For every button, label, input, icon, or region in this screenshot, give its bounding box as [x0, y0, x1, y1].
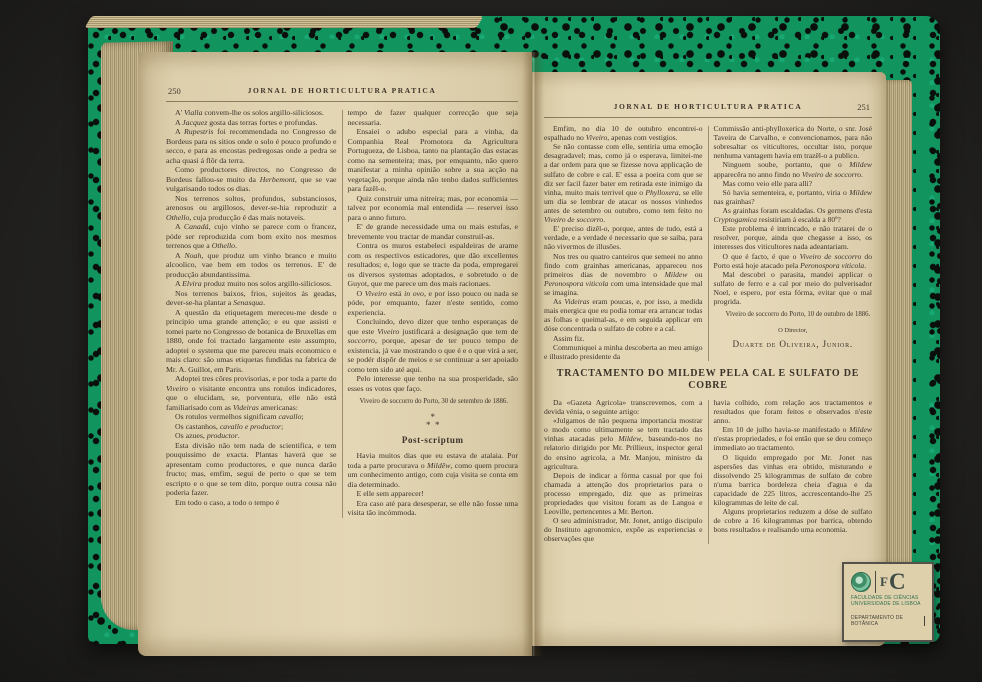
paragraph: Mal descobri o parasita, mandei applicar… [714, 270, 873, 306]
left-page-column-1: A' Vialla convem-lhe os solos argillo-si… [166, 108, 337, 518]
paragraph: Nos terrenos baixos, frios, sujeitos ás … [166, 289, 337, 308]
paragraph: A Rupestris foi recommendada no Congress… [166, 127, 337, 165]
asterism: ** * [348, 413, 519, 429]
paragraph: A Elvira produz muito nos solos argillo-… [166, 279, 337, 289]
paragraph: havia colhido, com relação aos tractamen… [714, 398, 873, 425]
stamp-department-field: BOTÂNICA [851, 621, 927, 627]
page-edges-right [884, 80, 912, 628]
left-page-header: 250 JORNAL DE HORTICULTURA PRATICA [166, 86, 518, 99]
paragraph: O que é facto, é que o Viveiro de soccor… [714, 252, 873, 270]
right-page-bottom-columns: Da «Gazeta Agricola» transcrevemos, com … [544, 398, 872, 544]
right-page: JORNAL DE HORTICULTURA PRATICA 251 Emfim… [532, 72, 886, 646]
paragraph: O seu administrador, Mr. Jonet, antigo d… [544, 516, 703, 543]
paragraph: A questão da etiquetagem mereceu-me desd… [166, 308, 337, 375]
right-page-header: JORNAL DE HORTICULTURA PRATICA 251 [544, 102, 872, 115]
paragraph: Se não contasse com elle, sentiria uma e… [544, 142, 703, 224]
paragraph: Da «Gazeta Agricola» transcrevemos, com … [544, 398, 703, 416]
paragraph: Pelo interesse que tenho na sua prosperi… [348, 374, 519, 393]
open-book: 250 JORNAL DE HORTICULTURA PRATICA A' Vi… [88, 16, 940, 644]
paragraph: Quiz construir uma nitreira; mas, por ec… [348, 194, 519, 223]
right-page-bottom-column-1: Da «Gazeta Agricola» transcrevemos, com … [544, 398, 703, 544]
stamp-department-line: DEPARTAMENTO DE BOTÂNICA [851, 615, 927, 627]
paragraph: Concluindo, devo dizer que tenho esperan… [348, 317, 519, 374]
stamp-letter-f: F [880, 574, 888, 590]
paragraph: Como productores directos, no Congresso … [166, 165, 337, 194]
paragraph: E elle sem apparecer! [348, 489, 519, 499]
paragraph: Havia muitos dias que eu estava de atala… [348, 451, 519, 489]
right-page-top-column-2: Commissão anti-phylloxerica do Norte, o … [714, 124, 873, 361]
paragraph: Alguns proprietarios reduzem a dóse de s… [714, 507, 873, 534]
paragraph: Assim fiz. [544, 334, 703, 343]
left-page-number: 250 [168, 86, 181, 96]
paragraph: O liquido empregado por Mr. Jonet nas as… [714, 453, 873, 508]
paragraph: A Canadá, cujo vinho se parece com o fra… [166, 222, 337, 251]
paragraph: Contra os muros estabeleci espaldeiras d… [348, 241, 519, 289]
stamp-university-line: UNIVERSIDADE DE LISBOA [851, 601, 927, 607]
paragraph: Em todo o caso, a todo o tempo é [166, 498, 337, 508]
left-page-column-2: tempo de fazer qualquer correcção que se… [348, 108, 519, 518]
right-page-bottom-column-2: havia colhido, com relação aos tractamen… [714, 398, 873, 544]
right-page-number: 251 [857, 102, 870, 112]
paragraph: A Noah, que produz um vinho branco e mui… [166, 251, 337, 280]
paragraph: Mas como veio elle para alli? [714, 179, 873, 188]
right-page-top-column-1: Emfim, no dia 10 de outubro encontrei-o … [544, 124, 703, 361]
paragraph: O Director, [714, 327, 873, 335]
paragraph: Os azues, productor. [166, 431, 337, 441]
university-seal-icon [851, 572, 871, 592]
paragraph: Ensaiei o adubo especial para a vinha, d… [348, 127, 519, 194]
paragraph: O Viveiro está in ovo, e por isso pouco … [348, 289, 519, 318]
stamp-mark [924, 616, 926, 626]
paragraph: Depois de indicar a fórma casual por que… [544, 471, 703, 517]
right-page-top-columns: Emfim, no dia 10 de outubro encontrei-o … [544, 124, 872, 361]
paragraph: Era caso até para desesperar, se elle nã… [348, 499, 519, 518]
stamp-monogram-row: F C [851, 569, 927, 595]
article-title: TRACTAMENTO DO MILDEW PELA CAL E SULFATO… [544, 368, 872, 392]
left-page: 250 JORNAL DE HORTICULTURA PRATICA A' Vi… [138, 52, 532, 656]
left-page-columns: A' Vialla convem-lhe os solos argillo-si… [166, 108, 518, 518]
running-title: JORNAL DE HORTICULTURA PRATICA [166, 86, 518, 95]
paragraph: E' preciso dizêl-o, porque, antes de tud… [544, 224, 703, 251]
paragraph: As grainhas foram escaldadas. Os germens… [714, 206, 873, 224]
column-rule [708, 126, 709, 361]
paragraph: Em 10 de julho havia-se manifestado o Mi… [714, 425, 873, 452]
paragraph: Communiquei a minha descoberta ao meu am… [544, 343, 703, 361]
stamp-letter-c: C [889, 569, 906, 595]
paragraph: «Julgamos de não pequena importancia mos… [544, 416, 703, 471]
photo-background: 250 JORNAL DE HORTICULTURA PRATICA A' Vi… [0, 0, 982, 682]
paragraph: Nos tres ou quatro canteiros que semeei … [544, 252, 703, 298]
paragraph: As Videiras eram poucas, e, por isso, a … [544, 297, 703, 333]
paragraph: Adoptei tres côres provisorias, e por to… [166, 374, 337, 412]
paragraph: Os castanhos, cavallo e productor; [166, 422, 337, 432]
paragraph: Viveiro de soccorro do Porto, 10 de outu… [714, 311, 873, 319]
paragraph: A' Vialla convem-lhe os solos argillo-si… [166, 108, 337, 118]
paragraph: Só havia sementeira, e, portanto, viria … [714, 188, 873, 206]
paragraph: E' de grande necessidade uma ou mais est… [348, 222, 519, 241]
paragraph: A Jacquez gosta das terras fortes e prof… [166, 118, 337, 128]
library-stamp: F C FACULDADE DE CIÊNCIAS UNIVERSIDADE D… [842, 562, 934, 642]
header-rule [166, 101, 518, 102]
header-rule [544, 117, 872, 118]
column-rule [708, 400, 709, 544]
paragraph: Ninguem soube, portanto, que o Mildew ap… [714, 160, 873, 178]
paragraph: Os rotulos vermelhos significam cavallo; [166, 412, 337, 422]
paragraph: Duarte de Oliveira, Junior. [714, 339, 873, 350]
column-rule [342, 110, 343, 518]
paragraph: Emfim, no dia 10 de outubro encontrei-o … [544, 124, 703, 142]
paragraph: Viveiro de soccorro do Porto, 30 de sete… [348, 398, 519, 406]
paragraph: Este problema é intrincado, e não tratar… [714, 224, 873, 251]
paragraph: Nos terrenos soltos, profundos, substanc… [166, 194, 337, 223]
stamp-divider [875, 571, 876, 593]
page-edges-top-left [85, 16, 484, 28]
paragraph: Post-scriptum [348, 435, 519, 446]
paragraph: Commissão anti-phylloxerica do Norte, o … [714, 124, 873, 160]
paragraph: Esta divisão não tem nada de scientifica… [166, 441, 337, 498]
paragraph: tempo de fazer qualquer correcção que se… [348, 108, 519, 127]
running-title: JORNAL DE HORTICULTURA PRATICA [544, 102, 872, 111]
